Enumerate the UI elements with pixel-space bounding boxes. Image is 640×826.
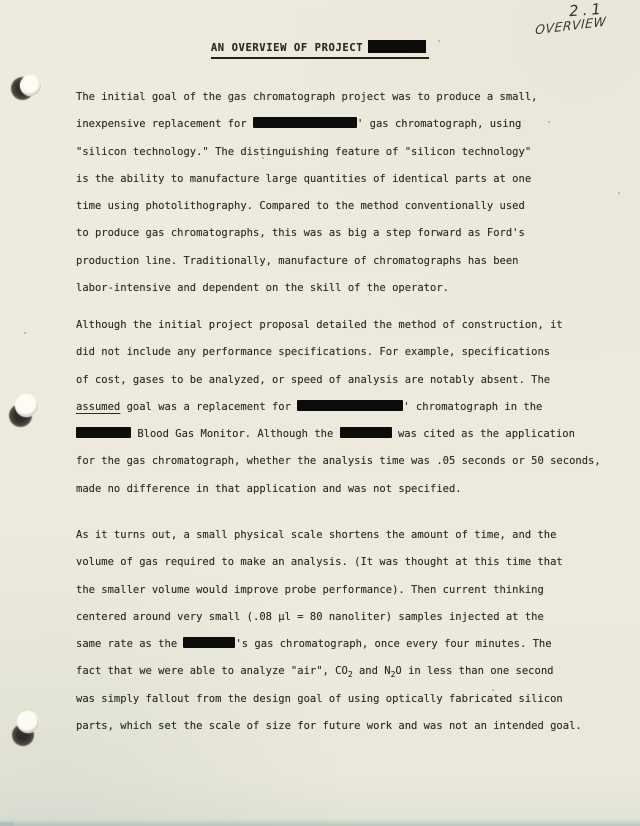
redaction-bar: [253, 117, 357, 128]
punch-hole-circle: [15, 394, 38, 417]
text-line: production line. Traditionally, manufact…: [76, 248, 636, 275]
scanned-document-page: 2.1 OVERVIEW AN OVERVIEW OF PROJECT The …: [0, 0, 640, 826]
text-segment: fact that we were able to analyze "air",…: [76, 665, 348, 677]
paragraph-2: Although the initial project proposal de…: [76, 312, 636, 503]
text-segment: As it turns out, a small physical scale …: [76, 529, 556, 541]
underlined-text: assumed: [76, 401, 120, 413]
text-line: Blood Gas Monitor. Although the was cite…: [76, 421, 636, 448]
text-segment: Although the initial project proposal de…: [76, 319, 563, 331]
scan-speckle: [24, 332, 26, 334]
text-line: did not include any performance specific…: [76, 339, 636, 366]
text-segment: for the gas chromatograph, whether the a…: [76, 455, 601, 467]
text-line: time using photolithography. Compared to…: [76, 193, 636, 220]
redaction-bar: [340, 427, 392, 438]
scan-speckle: [492, 689, 494, 691]
text-line: is the ability to manufacture large quan…: [76, 166, 636, 193]
text-line: the smaller volume would improve probe p…: [76, 577, 636, 604]
text-segment: parts, which set the scale of size for f…: [76, 720, 582, 732]
text-line: parts, which set the scale of size for f…: [76, 713, 636, 740]
text-segment: same rate as the: [76, 638, 183, 650]
text-line: to produce gas chromatographs, this was …: [76, 220, 636, 247]
text-segment: of cost, gases to be analyzed, or speed …: [76, 374, 550, 386]
text-line: centered around very small (.08 μl = 80 …: [76, 604, 636, 631]
text-segment: and N: [353, 665, 391, 677]
text-segment: made no difference in that application a…: [76, 483, 462, 495]
redaction-bar: [183, 637, 235, 648]
title-row: AN OVERVIEW OF PROJECT: [0, 36, 640, 59]
scan-speckle: [438, 40, 440, 42]
text-line: assumed goal was a replacement for ' chr…: [76, 394, 636, 421]
text-segment: goal was a replacement for: [120, 401, 297, 413]
punch-hole-circle: [20, 75, 41, 96]
text-line: As it turns out, a small physical scale …: [76, 522, 636, 549]
text-line: was simply fallout from the design goal …: [76, 686, 636, 713]
scan-speckle: [618, 192, 620, 194]
text-segment: ' gas chromatograph, using: [357, 118, 521, 130]
title-redaction-bar: [368, 40, 426, 53]
text-segment: volume of gas required to make an analys…: [76, 556, 563, 568]
text-segment: time using photolithography. Compared to…: [76, 200, 525, 212]
text-line: inexpensive replacement for ' gas chroma…: [76, 111, 636, 138]
paragraph-3: As it turns out, a small physical scale …: [76, 522, 636, 740]
text-segment: was cited as the application: [392, 428, 575, 440]
scan-speckle: [548, 121, 550, 123]
document-title: AN OVERVIEW OF PROJECT: [211, 40, 429, 59]
text-line: for the gas chromatograph, whether the a…: [76, 448, 636, 475]
paragraph-1: The initial goal of the gas chromatograp…: [76, 84, 636, 302]
scan-bottom-edge: [0, 819, 640, 826]
scan-corner-artifact: [0, 822, 14, 826]
text-segment: labor-intensive and dependent on the ski…: [76, 282, 449, 294]
text-line: The initial goal of the gas chromatograp…: [76, 84, 636, 111]
text-line: "silicon technology." The distinguishing…: [76, 139, 636, 166]
text-segment: 's gas chromatograph, once every four mi…: [235, 638, 551, 650]
text-segment: ' chromatograph in the: [403, 401, 542, 413]
text-segment: centered around very small (.08 μl = 80 …: [76, 611, 544, 623]
text-line: same rate as the 's gas chromatograph, o…: [76, 631, 636, 658]
text-segment: is the ability to manufacture large quan…: [76, 173, 531, 185]
text-segment: did not include any performance specific…: [76, 346, 550, 358]
text-segment: the smaller volume would improve probe p…: [76, 584, 544, 596]
text-segment: The initial goal of the gas chromatograp…: [76, 91, 537, 103]
text-line: volume of gas required to make an analys…: [76, 549, 636, 576]
text-segment: production line. Traditionally, manufact…: [76, 255, 519, 267]
text-segment: O in less than one second: [395, 665, 553, 677]
text-segment: to produce gas chromatographs, this was …: [76, 227, 525, 239]
text-line: fact that we were able to analyze "air",…: [76, 658, 636, 685]
text-line: of cost, gases to be analyzed, or speed …: [76, 367, 636, 394]
title-text: AN OVERVIEW OF PROJECT: [211, 42, 363, 54]
text-segment: Blood Gas Monitor. Although the: [131, 428, 340, 440]
redaction-bar: [76, 427, 131, 438]
punch-hole-middle: [5, 390, 45, 428]
punch-hole-bottom: [8, 706, 48, 748]
text-line: made no difference in that application a…: [76, 476, 636, 503]
redaction-bar: [297, 400, 403, 411]
handwritten-overview-note: OVERVIEW: [535, 14, 607, 38]
text-line: Although the initial project proposal de…: [76, 312, 636, 339]
text-segment: was simply fallout from the design goal …: [76, 693, 563, 705]
text-line: labor-intensive and dependent on the ski…: [76, 275, 636, 302]
scan-speckle: [262, 157, 264, 159]
text-segment: inexpensive replacement for: [76, 118, 253, 130]
punch-hole-circle: [17, 711, 39, 733]
punch-hole-top: [8, 70, 48, 104]
text-segment: "silicon technology." The distinguishing…: [76, 146, 531, 158]
